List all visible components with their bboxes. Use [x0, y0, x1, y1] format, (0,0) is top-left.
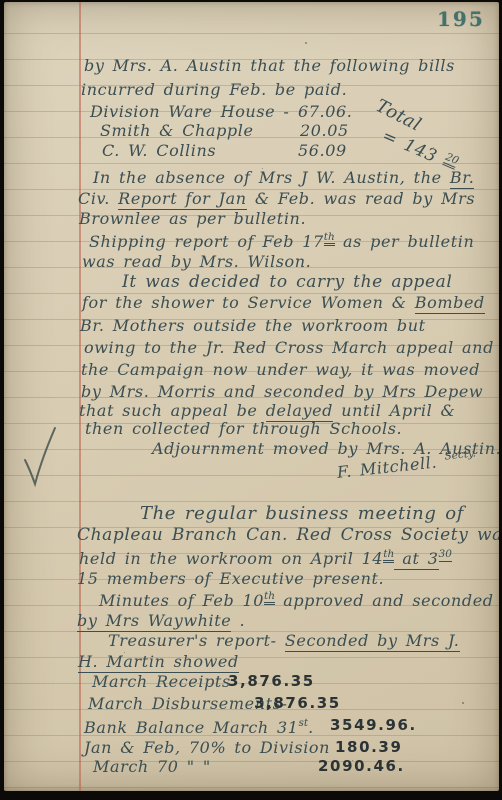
handwriting-line: The regular business meeting of [140, 505, 464, 523]
handwriting-line: H. Martin showed [78, 654, 239, 670]
handwriting-segment: was read by Mrs. Wilson. [82, 252, 311, 271]
ledger-paper-page: 195 by Mrs. A. Austin that the following… [4, 2, 499, 791]
handwriting-segment: Jan & Feb, 70% to Division [84, 738, 330, 757]
handwriting-segment: Division Ware House - [90, 102, 289, 121]
handwriting-line: incurred during Feb. be paid. [81, 82, 347, 98]
handwriting-segment: th [383, 548, 394, 563]
handwriting-segment: until April & [333, 401, 455, 420]
handwriting-line: Division Ware House -67.06. [90, 104, 289, 120]
handwriting-segment: Report for Jan [118, 189, 247, 210]
handwriting-line: Chapleau Branch Can. Red Cross Society w… [77, 527, 499, 544]
handwriting-segment: by Mrs Waywhite [77, 611, 231, 632]
handwriting-line: was read by Mrs. Wilson. [82, 254, 311, 270]
paper-speck [262, 168, 263, 169]
handwriting-line: held in the workroom on April 14th at 33… [79, 549, 452, 567]
handwriting-segment: 30 [439, 548, 452, 562]
handwriting-segment: Secty. [444, 447, 476, 462]
handwriting-segment: March 70 " " [93, 757, 211, 776]
paper-speck [352, 760, 353, 761]
paper-speck [203, 300, 204, 302]
handwriting-segment: 3,876.35 [228, 674, 315, 689]
handwriting-line: then collected for through Schools. [85, 421, 402, 437]
handwriting-segment: It was decided to carry the appeal [122, 272, 452, 292]
handwriting-line: Shipping report of Feb 17th as per bulle… [89, 232, 474, 250]
handwriting-segment: Total [372, 95, 424, 136]
handwriting-segment: The regular business meeting of [140, 503, 464, 524]
handwriting-segment: 180.39 [335, 740, 402, 755]
handwriting-segment: 3,876.35 [254, 696, 341, 711]
handwriting-line: March 70 " "2090.46. [93, 759, 211, 775]
handwriting-segment: Treasurer's report- [108, 631, 285, 650]
paper-speck [124, 652, 125, 653]
handwriting-segment: at 3 [394, 549, 438, 570]
handwriting-line: by Mrs. A. Austin that the following bil… [84, 58, 455, 74]
handwriting-segment: approved and seconded [275, 591, 494, 610]
checkmark-annotation [22, 424, 60, 492]
handwriting-segment: th [264, 590, 275, 605]
handwriting-segment: held in the workroom on April 14 [79, 549, 383, 568]
handwriting-segment: Bank Balance March 31 [84, 718, 299, 737]
handwriting-line: In the absence of Mrs J W. Austin, the B… [93, 170, 474, 186]
handwriting-line: It was decided to carry the appeal [122, 274, 452, 291]
handwriting-line: 15 members of Executive present. [77, 571, 384, 587]
handwriting-line: Bank Balance March 31st.3549.96. [84, 718, 314, 736]
handwriting-line: Smith & Chapple20.05 [100, 123, 254, 139]
handwriting-line: Civ. Report for Jan & Feb. was read by M… [78, 191, 475, 207]
handwriting-segment: owing to the Jr. Red Cross March appeal … [84, 338, 494, 357]
handwriting-segment: Chapleau Branch Can. Red Cross Society w… [77, 525, 499, 545]
handwriting-segment: then collected for through Schools. [85, 419, 402, 438]
handwriting-segment: . [231, 611, 245, 630]
handwriting-segment: Br. Mothers outside the workroom but [80, 316, 426, 335]
handwriting-segment: 67.06. [298, 104, 353, 120]
handwriting-segment: In the absence of Mrs J W. Austin, the [93, 168, 450, 187]
handwriting-line: that such appeal be delayed until April … [79, 403, 455, 419]
scanned-ledger-photo: 195 by Mrs. A. Austin that the following… [0, 0, 502, 800]
handwriting-segment: that such appeal be [79, 401, 266, 420]
handwriting-segment: 3549.96. [330, 718, 417, 733]
paper-speck [433, 147, 434, 148]
handwriting-segment: Shipping report of Feb 17 [89, 232, 324, 251]
handwriting-line: Total [373, 97, 424, 135]
handwriting-line: March Receipts3,876.35 [92, 674, 231, 690]
handwriting-segment: Seconded by Mrs J. [285, 631, 460, 652]
handwriting-segment: 20.05 [300, 123, 349, 139]
handwriting-line: Jan & Feb, 70% to Division180.39 [84, 740, 330, 756]
handwriting-segment: as per bulletin [335, 232, 475, 251]
handwriting-segment: Brownlee as per bulletin. [79, 209, 306, 228]
handwriting-segment: C. W. Collins [102, 141, 216, 160]
handwriting-line: Treasurer's report- Seconded by Mrs J. [108, 633, 460, 649]
handwriting-segment: Minutes of Feb 10 [99, 591, 264, 610]
handwriting-segment: by Mrs. A. Austin that the following bil… [84, 56, 455, 75]
handwriting-line: the Campaign now under way, it was moved [81, 362, 480, 378]
page-number: 195 [437, 7, 485, 31]
handwriting-line: C. W. Collins56.09 [102, 143, 216, 159]
handwriting-segment: 2090.46. [318, 759, 405, 774]
paper-speck [462, 702, 464, 704]
handwriting-segment: . [308, 718, 314, 737]
handwriting-line: Br. Mothers outside the workroom but [80, 318, 426, 334]
handwriting-segment: th [324, 231, 335, 246]
handwriting-segment: the Campaign now under way, it was moved [81, 360, 480, 379]
handwriting-segment: st [299, 717, 309, 729]
handwriting-segment: Smith & Chapple [100, 121, 254, 140]
handwriting-segment: by Mrs. Morris and seconded by Mrs Depew [81, 382, 483, 401]
handwriting-segment: for the shower to Service Women & [82, 293, 415, 312]
paper-speck [305, 42, 307, 44]
handwriting-line: owing to the Jr. Red Cross March appeal … [84, 340, 494, 356]
handwriting-segment: & Feb. was read by Mrs [247, 189, 475, 208]
page-content-layer: 195 by Mrs. A. Austin that the following… [4, 2, 499, 791]
handwriting-line: for the shower to Service Women & Bombed [82, 295, 485, 311]
handwriting-line: March Disbursements-3,876.35 [88, 696, 287, 712]
handwriting-segment: incurred during Feb. be paid. [81, 80, 347, 99]
handwriting-line: by Mrs Waywhite . [77, 613, 245, 629]
handwriting-segment: 15 members of Executive present. [77, 569, 384, 588]
handwriting-segment: 56.09 [298, 143, 347, 159]
handwriting-segment: Bombed [415, 293, 485, 314]
handwriting-segment: Br. [450, 168, 475, 189]
handwriting-segment: Civ. [78, 189, 118, 208]
handwriting-segment: March Receipts [92, 672, 231, 691]
handwriting-line: by Mrs. Morris and seconded by Mrs Depew [81, 384, 483, 400]
handwriting-line: Minutes of Feb 10th approved and seconde… [99, 591, 494, 609]
handwriting-segment: H. Martin showed [78, 652, 239, 673]
handwriting-line: Brownlee as per bulletin. [79, 211, 306, 227]
